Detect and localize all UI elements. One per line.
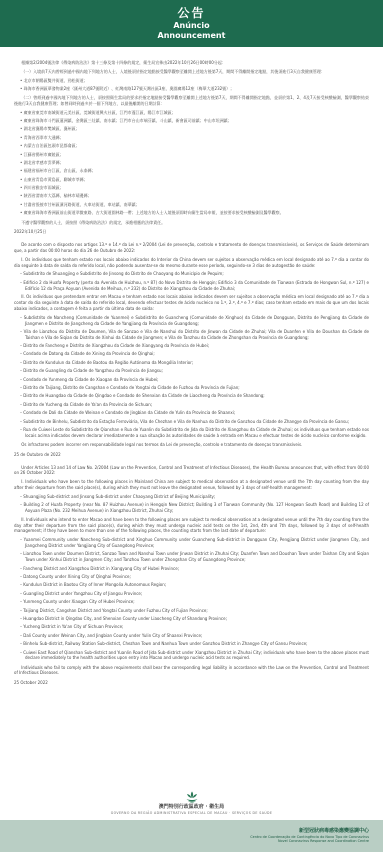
list-item: • 珠海市香洲區華發物業2座（匯州大道87號附近）、紅灣南路127號天灣社區3座… (20, 86, 369, 92)
title-chinese: 公告 (0, 6, 383, 21)
list-item: – Condado de Datong da Cidade de Xining … (20, 351, 369, 357)
section-portuguese: De acordo com o disposto nos artigos 13.… (14, 242, 369, 458)
list-item: • 廣東省東莞市南城街道元美社區、莞城街道興火社區，江門市蓬江區，陽江市江城區； (20, 110, 369, 116)
centre-name-english: Novel Coronavirus Response and Coordinat… (250, 839, 369, 844)
list-item: – Fancheng District and Xiangzhou Distri… (20, 566, 369, 572)
list-item: • 廣東省珠海市香洲區前山街道翠微東路、吉大街道園林路一帶；上述地方的人士入境後… (20, 210, 369, 216)
list-item: – Distrito de Kundulun da Cidade de Baot… (20, 360, 369, 366)
list-item: – Subdistrito de Nancheng (Comunidade de… (20, 315, 369, 327)
list-item: – Guangling District under Yangzhou City… (20, 591, 369, 597)
pt-item1-list: – Subdistrito de Shuangjing e Subdistrit… (14, 271, 369, 291)
centre-name-chinese: 新型冠狀病毒感染應變協調中心 (250, 828, 369, 835)
list-item: – Building 2 of Huafa Property (near No.… (20, 502, 369, 514)
government-signature: 澳門特別行政區政府 · 衛生局 GOVERNO DA REGIÃO ADMINI… (0, 787, 383, 820)
list-item: – Yunmeng County under Xiaogan City of H… (20, 599, 369, 605)
list-item: – Condado de Dali da Cidade de Weinan e … (20, 410, 369, 416)
list-item: – Datong County under Xining City of Qin… (20, 574, 369, 580)
list-item: • 廣東省珠海市斗門區蓮洲鎮，金灣區三灶鎮、南水鎮；江門市台山市端芬鎮、斗山鎮，… (20, 118, 369, 124)
list-item: • 江蘇省揚州市廣陵區； (20, 152, 369, 158)
en-date: 25 October 2022 (14, 680, 369, 686)
list-item: • 甘肅省張掖市甘州區濱河路街道、火車站街道、車站鎮、南華鎮； (20, 202, 369, 208)
section-chinese: 根據第2/2004號法律《傳染病防治法》第十三條及第十四條的規定，衛生局宣佈由2… (14, 60, 369, 235)
list-item: – Distrito de Fancheng e Distrito de Xia… (20, 343, 369, 349)
list-item: • 陝西省渭南市大荔縣，榆林市靖邊縣； (20, 193, 369, 199)
pt-date: 25 de Outubro de 2022 (14, 452, 369, 458)
zh-item1: （一）入境前7天內曾經到過中國內地下列地方的人士，入境後須於指定地點接受醫學觀察… (14, 69, 369, 75)
list-item: – Condado de Yunmeng da Cidade de Xiaoga… (20, 377, 369, 383)
zh-item2: （二）曾經到過中國內地下列地方的人士，須按照衛生當局的要求於指定地點接受醫學觀察… (14, 95, 369, 107)
list-item: – Shuangjing Sub-district and Jinsong Su… (20, 494, 369, 500)
en-item1-list: – Shuangjing Sub-district and Jinsong Su… (14, 494, 369, 514)
list-item: • 福建省福州市台江區、倉山區、永泰縣； (20, 168, 369, 174)
list-item: – Distrito de Guangling da Cidade de Yan… (20, 368, 369, 374)
pt-item1: I. Os indivíduos que tenham estado nos l… (14, 257, 369, 269)
coordination-centre-block: 新型冠狀病毒感染應變協調中心 Centro de Coordenação de … (250, 828, 369, 844)
zh-item2-list: • 廣東省東莞市南城街道元美社區、莞城街道興火社區，江門市蓬江區，陽江市江城區；… (14, 110, 369, 216)
list-item: – Taijiang District, Cangshan District a… (20, 608, 369, 614)
list-item: – Yuanmei Community under Nancheng Sub-d… (20, 537, 369, 549)
list-item: • 北京市朝陽區雙井街道、勁松街道； (20, 78, 369, 84)
pt-item2: II. Os indivíduos que pretendam entrar e… (14, 294, 369, 311)
list-item: – Huangdao District in Qingdao City, and… (20, 616, 369, 622)
list-item: – Distrito de Huangdao da Cidade de Qing… (20, 393, 369, 399)
title-portuguese: Anúncio (0, 21, 383, 31)
announcement-body: 根據第2/2004號法律《傳染病防治法》第十三條及第十四條的規定，衛生局宣佈由2… (0, 47, 383, 787)
list-item: – Distrito de Taijiang, Distrito de Cang… (20, 385, 369, 391)
zh-date: 2022年10月25日 (14, 229, 369, 235)
en-closing: Individuals who fail to comply with the … (14, 665, 369, 677)
pt-intro: De acordo com o disposto nos artigos 13.… (14, 242, 369, 254)
list-item: – Yucheng District in Ya'an City of Sich… (20, 624, 369, 630)
list-item: • 湖北省襄陽市樊城區、襄州區； (20, 126, 369, 132)
list-item: – Binhelu Sub-district, Railway Station … (20, 641, 369, 647)
pt-closing: Os infractores podem incorrer em respons… (14, 442, 369, 448)
list-item: • 內蒙古自治區包頭市昆都侖區； (20, 143, 369, 149)
section-english: Under Articles 13 and 14 of Law No. 2/20… (14, 465, 369, 686)
en-item2-list: – Yuanmei Community under Nancheng Sub-d… (14, 537, 369, 661)
pt-item2-list: – Subdistrito de Nancheng (Comunidade de… (14, 315, 369, 439)
footer-bar: 新型冠狀病毒感染應變協調中心 Centro de Coordenação de … (0, 820, 383, 852)
en-item1: I. Individuals who have been to the foll… (14, 479, 369, 491)
en-item2: II. Individuals who intend to enter Maca… (14, 517, 369, 534)
en-intro: Under Articles 13 and 14 of Law No. 2/20… (14, 465, 369, 477)
list-item: – Subdistrito de Binhelu, Subdistrito da… (20, 419, 369, 425)
list-item: – Rua de Cuiwei Leste do Subdistrito de … (20, 427, 369, 439)
list-item: – Cuiwei East Road of Qianshan Sub-distr… (20, 650, 369, 662)
list-item: – Lianzhou Town under Doumen District, S… (20, 551, 369, 563)
announcement-page: 公告 Anúncio Announcement 根據第2/2004號法律《傳染病… (0, 0, 383, 852)
title-english: Announcement (0, 31, 383, 41)
zh-closing: 不遵守醫學觀察的人士，須按照《傳染病防治法》的規定，承擔相應的法律責任。 (14, 220, 369, 226)
government-name-portuguese: GOVERNO DA REGIÃO ADMINISTRATIVA ESPECIA… (0, 811, 383, 815)
zh-intro: 根據第2/2004號法律《傳染病防治法》第十三條及第十四條的規定，衛生局宣佈由2… (14, 60, 369, 66)
macau-government-emblem-icon (185, 791, 199, 803)
list-item: – Dali County under Weinan City, and Jin… (20, 633, 369, 639)
header-banner: 公告 Anúncio Announcement (0, 0, 383, 47)
list-item: – Edifício 2 da Huafa Property (perto da… (20, 280, 369, 292)
list-item: • 山東省青島市黃島區，聊城市莘縣； (20, 177, 369, 183)
list-item: – Subdistrito de Shuangjing e Subdistrit… (20, 271, 369, 277)
list-item: • 青海省西寧市大通縣； (20, 135, 369, 141)
list-item: – Kundulun District in Baotou City of In… (20, 582, 369, 588)
list-item: – Vila de Lianzhou do Distrito de Doumen… (20, 329, 369, 341)
list-item: • 四川省雅安市雨城區； (20, 185, 369, 191)
zh-item1-list: • 北京市朝陽區雙井街道、勁松街道；• 珠海市香洲區華發物業2座（匯州大道87號… (14, 78, 369, 92)
list-item: • 湖北省孝感市雲夢縣； (20, 160, 369, 166)
list-item: – Distrito de Yucheng da Cidade de Ya'an… (20, 402, 369, 408)
